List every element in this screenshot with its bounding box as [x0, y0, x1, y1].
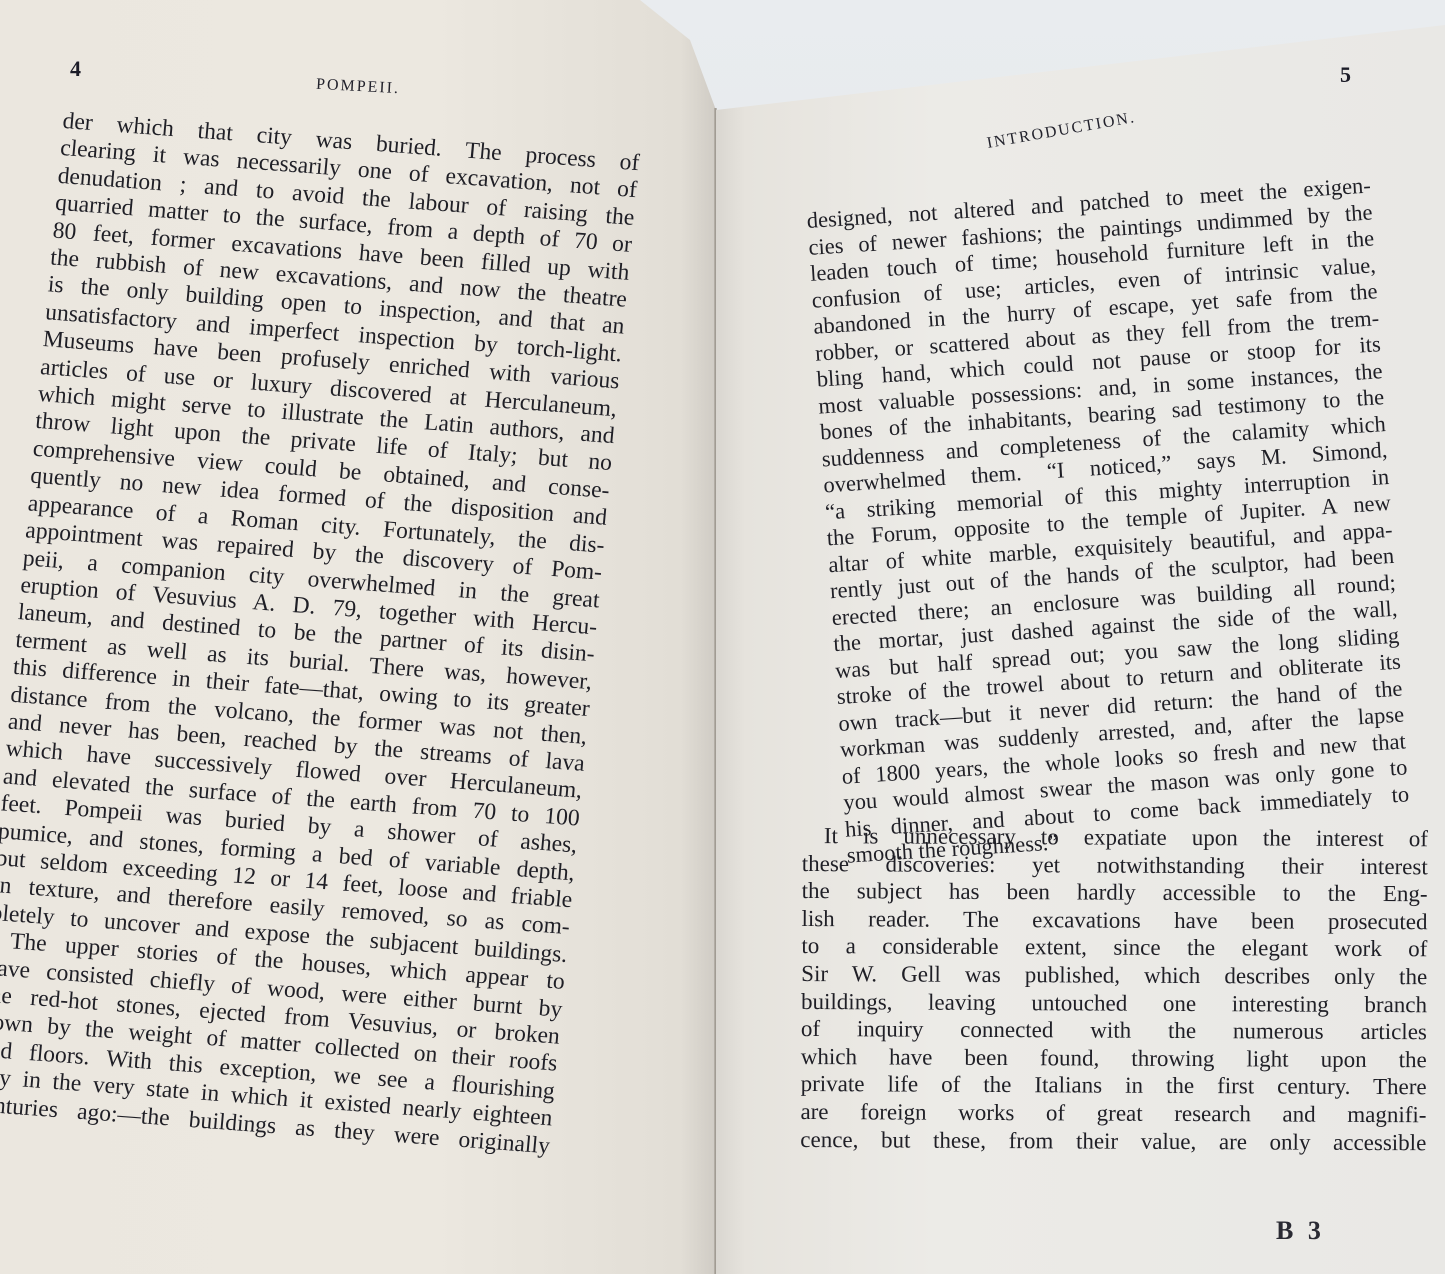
text-line: It is unnecessary to expatiate upon the … [802, 822, 1428, 853]
signature-mark: B 3 [1276, 1216, 1325, 1246]
left-page: 4 POMPEII. der which that city was burie… [0, 0, 716, 1274]
page-number-left: 4 [70, 56, 81, 82]
text-line: to a considerable extent, since the eleg… [801, 932, 1427, 963]
text-line: the subject has been hardly accessible t… [802, 877, 1428, 908]
text-line: Sir W. Gell was published, which describ… [801, 960, 1427, 991]
page-number-right: 5 [1340, 62, 1351, 88]
text-line: of inquiry connected with the numerous a… [801, 1015, 1427, 1046]
text-line: these discoveries: yet notwithstanding t… [802, 850, 1428, 881]
left-page-body: der which that city was buried. The proc… [0, 108, 640, 1160]
running-head-right: INTRODUCTION. [986, 109, 1138, 153]
text-line: buildings, leaving untouched one interes… [801, 988, 1427, 1019]
right-page-body-upper: designed, not altered and patched to mee… [806, 173, 1411, 870]
text-line: private life of the Italians in the firs… [801, 1070, 1427, 1101]
text-line: lish reader. The excavations have been p… [801, 905, 1427, 936]
text-line: which have been found, throwing light up… [801, 1043, 1427, 1074]
right-page-body-lower: It is unnecessary to expatiate upon the … [800, 822, 1428, 1156]
running-head-left: POMPEII. [316, 76, 401, 98]
text-line: cence, but these, from their value, are … [800, 1126, 1426, 1157]
text-line: are foreign works of great research and … [800, 1098, 1426, 1129]
